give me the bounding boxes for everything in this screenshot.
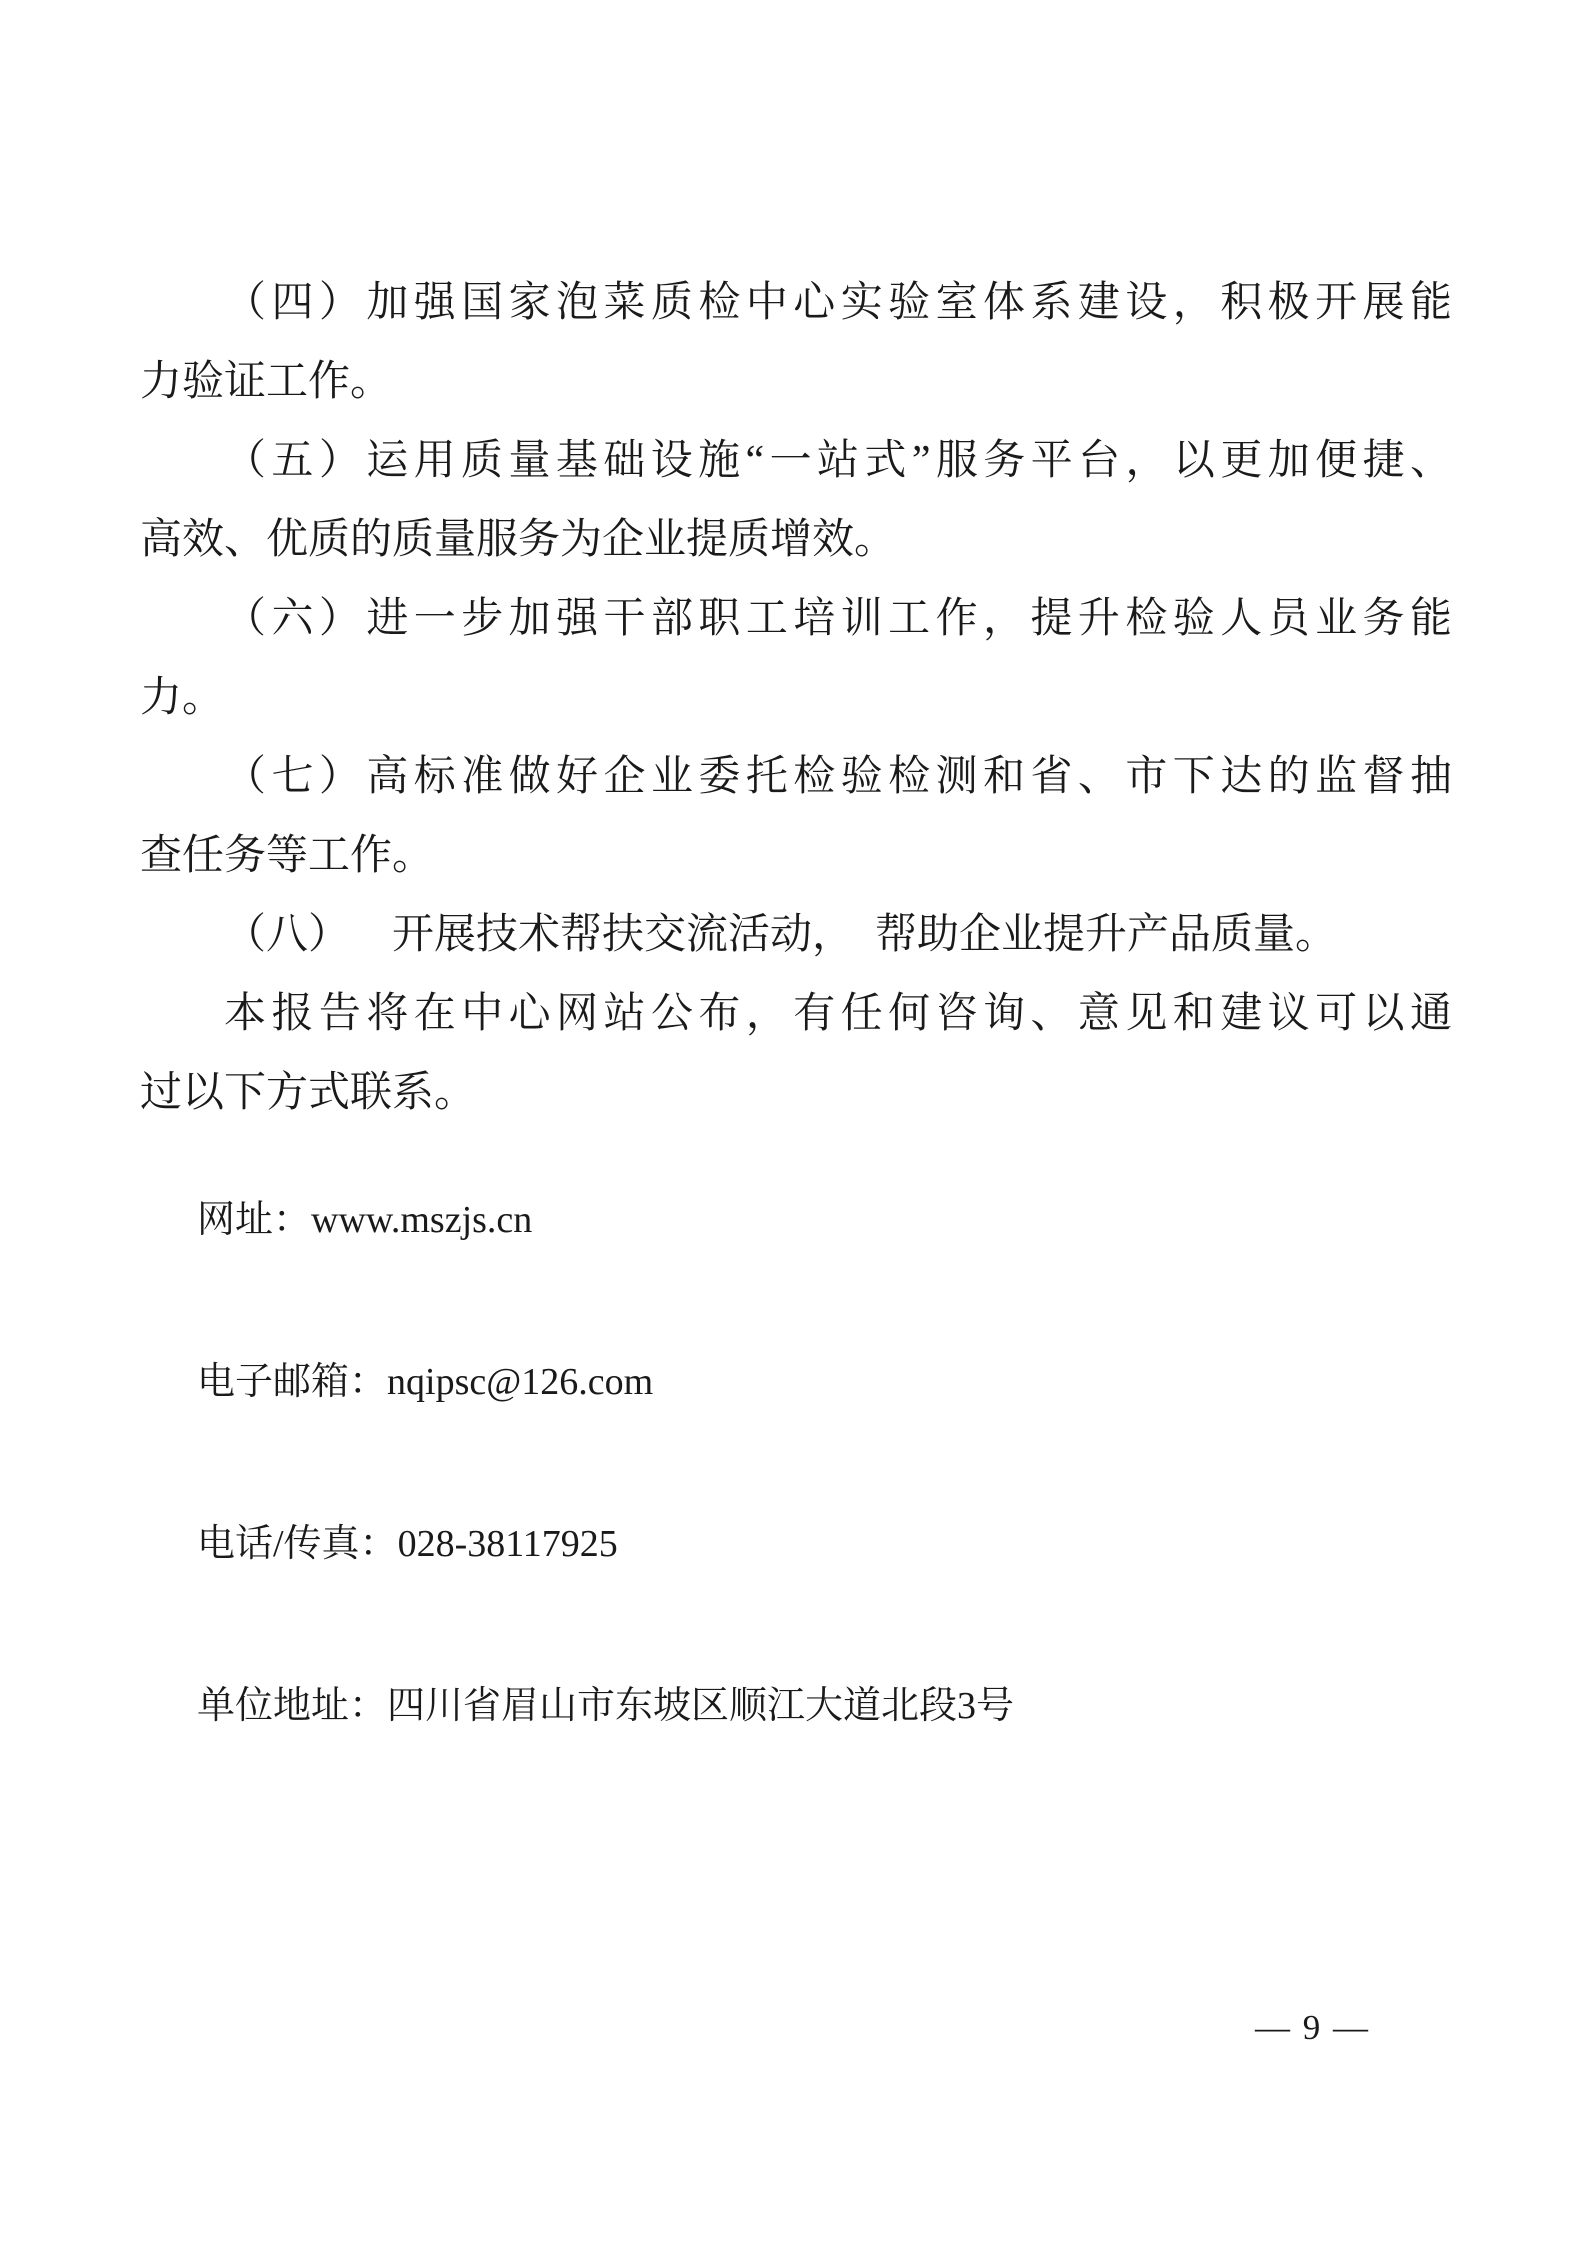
paragraph-line-7-2: 查任务等工作。 (140, 817, 1452, 896)
paragraph-line-closing-2: 过以下方式联系。 (140, 1054, 1452, 1133)
contact-email-value: nqipsc@126.com (387, 1361, 653, 1403)
paragraph-line-closing-1: 本报告将在中心网站公布，有任何咨询、意见和建议可以通 (140, 975, 1452, 1054)
paragraph-line-5-1: （五）运用质量基础设施“一站式”服务平台，以更加便捷、 (140, 422, 1452, 501)
contact-address-label: 单位地址： (197, 1685, 387, 1727)
paragraph-line-4-2: 力验证工作。 (140, 343, 1452, 422)
contact-block: 网址：www.mszjs.cn 电子邮箱：nqipsc@126.com 电话/传… (140, 1139, 1452, 1787)
paragraph-line-7-1: （七）高标准做好企业委托检验检测和省、市下达的监督抽 (140, 738, 1452, 817)
paragraph-line-5-2: 高效、优质的质量服务为企业提质增效。 (140, 501, 1452, 580)
paragraph-line-6-1: （六）进一步加强干部职工培训工作，提升检验人员业务能 (140, 580, 1452, 659)
page-content: （四）加强国家泡菜质检中心实验室体系建设，积极开展能 力验证工作。 （五）运用质… (140, 264, 1452, 1787)
contact-phone-fax-value: 028-38117925 (398, 1523, 618, 1565)
contact-website: 网址：www.mszjs.cn (140, 1139, 1452, 1301)
contact-phone-fax: 电话/传真：028-38117925 (140, 1463, 1452, 1625)
document-page: { "document": { "paragraph_lines": [ { "… (0, 0, 1587, 2245)
contact-address: 单位地址：四川省眉山市东坡区顺江大道北段3号 (140, 1625, 1452, 1787)
contact-website-value: www.mszjs.cn (311, 1199, 532, 1241)
paragraph-line-4-1: （四）加强国家泡菜质检中心实验室体系建设，积极开展能 (140, 264, 1452, 343)
contact-email: 电子邮箱：nqipsc@126.com (140, 1301, 1452, 1463)
contact-address-value: 四川省眉山市东坡区顺江大道北段3号 (387, 1685, 1014, 1727)
paragraph-line-8-1: （八） 开展技术帮扶交流活动， 帮助企业提升产品质量。 (140, 896, 1452, 975)
page-number: — 9 — (1255, 2008, 1370, 2048)
contact-phone-fax-label: 电话/传真： (197, 1523, 398, 1565)
contact-website-label: 网址： (197, 1199, 311, 1241)
body-text: （四）加强国家泡菜质检中心实验室体系建设，积极开展能 力验证工作。 （五）运用质… (140, 264, 1452, 1133)
contact-email-label: 电子邮箱： (197, 1361, 387, 1403)
paragraph-line-6-2: 力。 (140, 659, 1452, 738)
